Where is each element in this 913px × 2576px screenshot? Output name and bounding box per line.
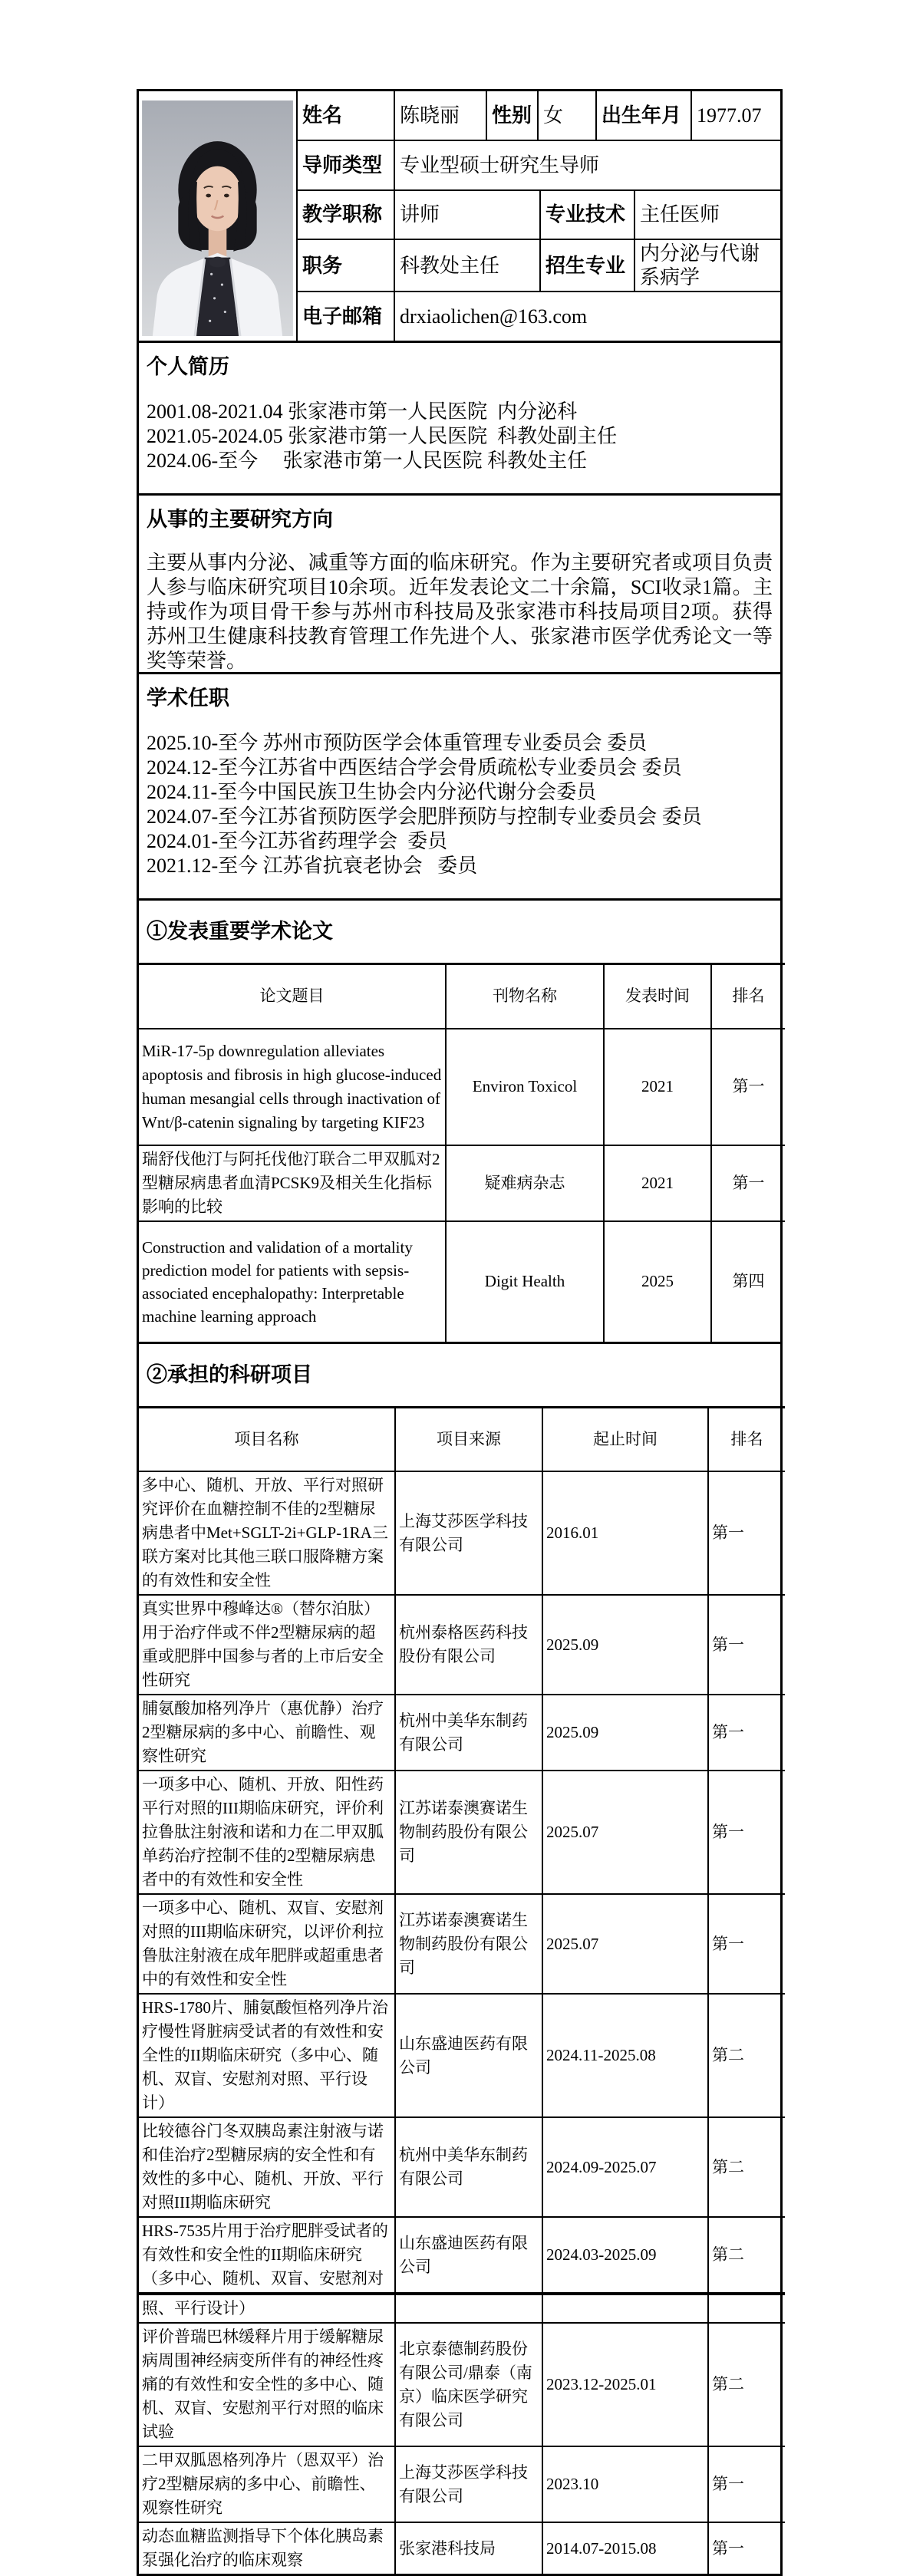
project-rank: 第二 <box>708 2117 785 2217</box>
project-source: 杭州中美华东制药有限公司 <box>395 1695 542 1771</box>
projects-header-period: 起止时间 <box>542 1407 708 1471</box>
mentor-type-label: 导师类型 <box>298 141 395 189</box>
enrollment-major-label: 招生专业 <box>541 240 635 291</box>
project-name: 评价普瑞巴林缓释片用于缓解糖尿病周围神经病变所伴有的神经性疼痛的有效性和安全性的… <box>139 2323 395 2446</box>
projects-section-header: ②承担的科研项目 <box>139 1342 780 1406</box>
project-source: 张家港科技局 <box>395 2522 542 2574</box>
academic-positions-title: 学术任职 <box>147 685 773 711</box>
professional-title-label: 专业技术 <box>541 191 635 239</box>
profile-info-table: 姓名 陈晓丽 性别 女 出生年月 1977.07 导师类型 专业型硕士研究生导师… <box>139 91 780 341</box>
resume-section: 个人简历 2001.08-2021.04 张家港市第一人民医院 内分泌科 202… <box>139 341 780 493</box>
project-name: 一项多中心、随机、双盲、安慰剂对照的III期临床研究，以评价利拉鲁肽注射液在成年… <box>139 1894 395 1994</box>
project-row: HRS-7535片用于治疗肥胖受试者的有效性和安全性的II期临床研究（多中心、随… <box>139 2217 785 2294</box>
project-period: 2014.07-2015.08 <box>542 2522 708 2574</box>
papers-section-title: ①发表重要学术论文 <box>147 921 333 942</box>
project-row: 一项多中心、随机、双盲、安慰剂对照的III期临床研究，以评价利拉鲁肽注射液在成年… <box>139 1894 785 1994</box>
gender-label: 性别 <box>487 91 539 140</box>
project-name: 动态血糖监测指导下个体化胰岛素泵强化治疗的临床观察 <box>139 2522 395 2574</box>
project-period <box>542 2294 708 2323</box>
project-name: 多中心、随机、开放、平行对照研究评价在血糖控制不佳的2型糖尿病患者中Met+SG… <box>139 1471 395 1595</box>
mentor-type-value: 专业型硕士研究生导师 <box>395 141 780 189</box>
project-period: 2024.03-2025.09 <box>542 2217 708 2294</box>
project-row: 二甲双胍恩格列净片（恩双平）治疗2型糖尿病的多中心、前瞻性、观察性研究 上海艾莎… <box>139 2446 785 2522</box>
resume-line: 2001.08-2021.04 张家港市第一人民医院 内分泌科 <box>147 400 773 424</box>
project-rank <box>708 2294 785 2323</box>
project-period: 2023.12-2025.01 <box>542 2323 708 2446</box>
project-name: 比较德谷门冬双胰岛素注射液与诺和佳治疗2型糖尿病的安全性和有效性的多中心、随机、… <box>139 2117 395 2217</box>
row-email: 电子邮箱 drxiaolichen@163.com <box>298 292 780 341</box>
project-rank: 第二 <box>708 1994 785 2117</box>
research-direction-text: 主要从事内分泌、减重等方面的临床研究。作为主要研究者或项目负责人参与临床研究项目… <box>147 551 773 672</box>
project-source: 杭州泰格医药科技股份有限公司 <box>395 1595 542 1695</box>
paper-title: MiR-17-5p downregulation alleviates apop… <box>139 1029 446 1145</box>
paper-rank: 第一 <box>711 1029 785 1145</box>
project-source: 北京泰德制药股份有限公司/鼎泰（南京）临床医学研究有限公司 <box>395 2323 542 2446</box>
paper-journal: Environ Toxicol <box>446 1029 604 1145</box>
project-name: 脯氨酸加格列净片（惠优静）治疗2型糖尿病的多中心、前瞻性、观察性研究 <box>139 1695 395 1771</box>
project-period: 2023.10 <box>542 2446 708 2522</box>
project-source: 山东盛迪医药有限公司 <box>395 2217 542 2294</box>
project-source: 江苏诺泰澳赛诺生物制药股份有限公司 <box>395 1771 542 1894</box>
paper-journal: 疑难病杂志 <box>446 1145 604 1221</box>
research-direction-title: 从事的主要研究方向 <box>147 506 773 532</box>
paper-row: MiR-17-5p downregulation alleviates apop… <box>139 1029 785 1145</box>
cv-document: 姓名 陈晓丽 性别 女 出生年月 1977.07 导师类型 专业型硕士研究生导师… <box>137 89 783 2576</box>
project-rank: 第一 <box>708 1771 785 1894</box>
projects-table: 项目名称 项目来源 起止时间 排名 多中心、随机、开放、平行对照研究评价在血糖控… <box>139 1406 785 2574</box>
name-label: 姓名 <box>298 91 395 140</box>
projects-header-rank: 排名 <box>708 1407 785 1471</box>
professional-title-value: 主任医师 <box>635 191 780 239</box>
project-row: 比较德谷门冬双胰岛素注射液与诺和佳治疗2型糖尿病的安全性和有效性的多中心、随机、… <box>139 2117 785 2217</box>
projects-header-row: 项目名称 项目来源 起止时间 排名 <box>139 1407 785 1471</box>
project-row: 评价普瑞巴林缓释片用于缓解糖尿病周围神经病变所伴有的神经性疼痛的有效性和安全性的… <box>139 2323 785 2446</box>
papers-header-row: 论文题目 刊物名称 发表时间 排名 <box>139 964 785 1029</box>
papers-section-header: ①发表重要学术论文 <box>139 898 780 963</box>
resume-title: 个人简历 <box>147 354 773 380</box>
academic-position-line: 2024.07-至今江苏省预防医学会肥胖预防与控制专业委员会 委员 <box>147 805 773 829</box>
birth-value: 1977.07 <box>692 91 780 140</box>
project-row: 多中心、随机、开放、平行对照研究评价在血糖控制不佳的2型糖尿病患者中Met+SG… <box>139 1471 785 1595</box>
position-value: 科教处主任 <box>395 240 541 291</box>
project-rank: 第一 <box>708 1894 785 1994</box>
project-period: 2025.07 <box>542 1894 708 1994</box>
papers-header-journal: 刊物名称 <box>446 964 604 1029</box>
paper-row: Construction and validation of a mortali… <box>139 1221 785 1342</box>
projects-header-name: 项目名称 <box>139 1407 395 1471</box>
profile-fields: 姓名 陈晓丽 性别 女 出生年月 1977.07 导师类型 专业型硕士研究生导师… <box>298 91 780 341</box>
paper-row: 瑞舒伐他汀与阿托伐他汀联合二甲双胍对2型糖尿病患者血清PCSK9及相关生化指标影… <box>139 1145 785 1221</box>
project-rank: 第二 <box>708 2217 785 2294</box>
project-source: 杭州中美华东制药有限公司 <box>395 2117 542 2217</box>
row-titles: 教学职称 讲师 专业技术 主任医师 <box>298 191 780 241</box>
project-row: 真实世界中穆峰达®（替尔泊肽）用于治疗伴或不伴2型糖尿病的超重或肥胖中国参与者的… <box>139 1595 785 1695</box>
project-row-continuation: 照、平行设计） <box>139 2294 785 2323</box>
project-source: 江苏诺泰澳赛诺生物制药股份有限公司 <box>395 1894 542 1994</box>
project-row: 脯氨酸加格列净片（惠优静）治疗2型糖尿病的多中心、前瞻性、观察性研究 杭州中美华… <box>139 1695 785 1771</box>
project-name: 一项多中心、随机、开放、阳性药平行对照的III期临床研究，评价利拉鲁肽注射液和诺… <box>139 1771 395 1894</box>
email-value: drxiaolichen@163.com <box>395 292 780 341</box>
project-row: 一项多中心、随机、开放、阳性药平行对照的III期临床研究，评价利拉鲁肽注射液和诺… <box>139 1771 785 1894</box>
papers-header-title: 论文题目 <box>139 964 446 1029</box>
academic-position-line: 2021.12-至今 江苏省抗衰老协会 委员 <box>147 854 773 878</box>
paper-rank: 第一 <box>711 1145 785 1221</box>
paper-year: 2025 <box>604 1221 711 1342</box>
project-name-continuation: 照、平行设计） <box>139 2294 395 2323</box>
enrollment-major-value: 内分泌与代谢系病学 <box>635 240 780 291</box>
birth-label: 出生年月 <box>597 91 692 140</box>
academic-position-line: 2024.11-至今中国民族卫生协会内分泌代谢分会委员 <box>147 780 773 805</box>
email-label: 电子邮箱 <box>298 292 395 341</box>
paper-rank: 第四 <box>711 1221 785 1342</box>
project-rank: 第一 <box>708 2522 785 2574</box>
academic-position-line: 2024.12-至今江苏省中西医结合学会骨质疏松专业委员会 委员 <box>147 756 773 780</box>
position-label: 职务 <box>298 240 395 291</box>
paper-title: 瑞舒伐他汀与阿托伐他汀联合二甲双胍对2型糖尿病患者血清PCSK9及相关生化指标影… <box>139 1145 446 1221</box>
project-period: 2024.11-2025.08 <box>542 1994 708 2117</box>
paper-title: Construction and validation of a mortali… <box>139 1221 446 1342</box>
project-source <box>395 2294 542 2323</box>
project-name: HRS-1780片、脯氨酸恒格列净片治疗慢性肾脏病受试者的有效性和安全性的II期… <box>139 1994 395 2117</box>
projects-section-title: ②承担的科研项目 <box>147 1365 312 1385</box>
project-rank: 第一 <box>708 1471 785 1595</box>
project-source: 上海艾莎医学科技有限公司 <box>395 2446 542 2522</box>
portrait-photo <box>142 100 293 336</box>
resume-line: 2024.06-至今 张家港市第一人民医院 科教处主任 <box>147 449 773 473</box>
project-period: 2016.01 <box>542 1471 708 1595</box>
project-period: 2025.09 <box>542 1695 708 1771</box>
papers-header-rank: 排名 <box>711 964 785 1029</box>
name-value: 陈晓丽 <box>395 91 487 140</box>
project-row: 动态血糖监测指导下个体化胰岛素泵强化治疗的临床观察 张家港科技局 2014.07… <box>139 2522 785 2574</box>
teaching-title-value: 讲师 <box>395 191 541 239</box>
academic-position-line: 2025.10-至今 苏州市预防医学会体重管理专业委员会 委员 <box>147 731 773 756</box>
row-mentor-type: 导师类型 专业型硕士研究生导师 <box>298 141 780 191</box>
project-name: HRS-7535片用于治疗肥胖受试者的有效性和安全性的II期临床研究（多中心、随… <box>139 2217 395 2294</box>
papers-header-year: 发表时间 <box>604 964 711 1029</box>
row-position: 职务 科教处主任 招生专业 内分泌与代谢系病学 <box>298 240 780 292</box>
papers-table: 论文题目 刊物名称 发表时间 排名 MiR-17-5p downregulati… <box>139 963 785 1342</box>
project-rank: 第一 <box>708 1695 785 1771</box>
project-row: HRS-1780片、脯氨酸恒格列净片治疗慢性肾脏病受试者的有效性和安全性的II期… <box>139 1994 785 2117</box>
projects-header-source: 项目来源 <box>395 1407 542 1471</box>
project-source: 山东盛迪医药有限公司 <box>395 1994 542 2117</box>
teaching-title-label: 教学职称 <box>298 191 395 239</box>
project-period: 2025.07 <box>542 1771 708 1894</box>
academic-positions-section: 学术任职 2025.10-至今 苏州市预防医学会体重管理专业委员会 委员 202… <box>139 672 780 898</box>
project-period: 2025.09 <box>542 1595 708 1695</box>
row-name: 姓名 陈晓丽 性别 女 出生年月 1977.07 <box>298 91 780 141</box>
resume-line: 2021.05-2024.05 张家港市第一人民医院 科教处副主任 <box>147 424 773 449</box>
project-name: 真实世界中穆峰达®（替尔泊肽）用于治疗伴或不伴2型糖尿病的超重或肥胖中国参与者的… <box>139 1595 395 1695</box>
project-period: 2024.09-2025.07 <box>542 2117 708 2217</box>
project-name: 二甲双胍恩格列净片（恩双平）治疗2型糖尿病的多中心、前瞻性、观察性研究 <box>139 2446 395 2522</box>
project-source: 上海艾莎医学科技有限公司 <box>395 1471 542 1595</box>
academic-position-line: 2024.01-至今江苏省药理学会 委员 <box>147 829 773 854</box>
paper-journal: Digit Health <box>446 1221 604 1342</box>
research-direction-section: 从事的主要研究方向 主要从事内分泌、减重等方面的临床研究。作为主要研究者或项目负… <box>139 493 780 672</box>
project-rank: 第一 <box>708 1595 785 1695</box>
profile-photo-cell <box>139 91 298 341</box>
project-rank: 第二 <box>708 2323 785 2446</box>
page: { "profile": { "photo": {"alt": "portrai… <box>0 0 913 2571</box>
paper-year: 2021 <box>604 1145 711 1221</box>
gender-value: 女 <box>539 91 597 140</box>
project-rank: 第一 <box>708 2446 785 2522</box>
paper-year: 2021 <box>604 1029 711 1145</box>
